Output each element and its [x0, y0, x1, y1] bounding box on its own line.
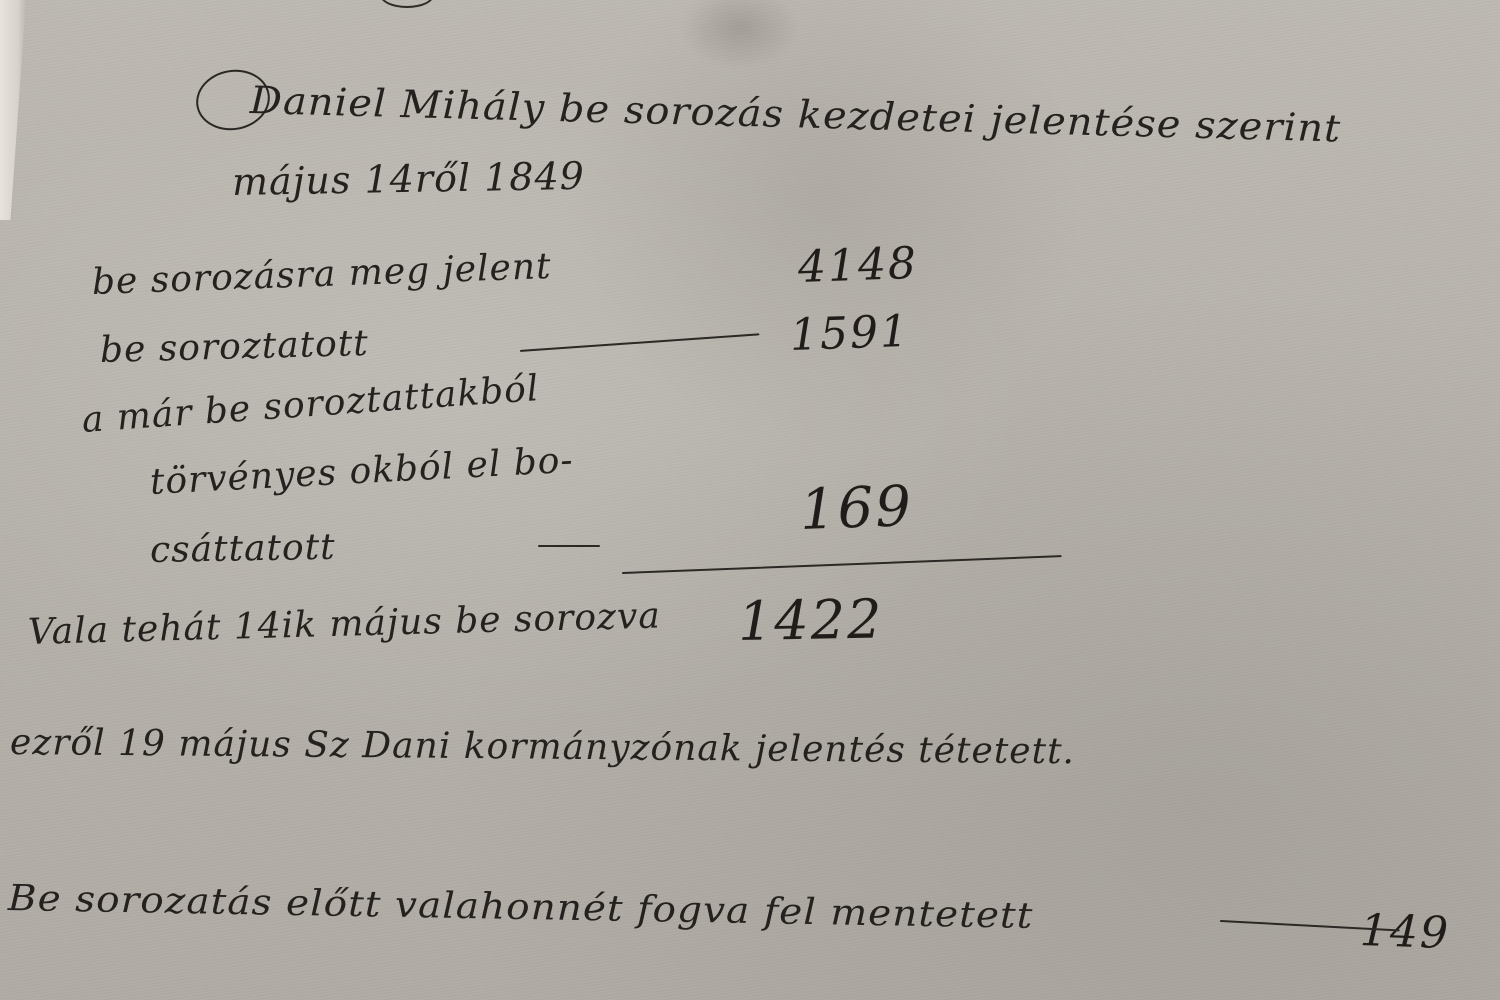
entry-label-recruited: be soroztatott	[99, 323, 369, 371]
entry-value-recruited: 1591	[789, 306, 911, 361]
entry-value-presented: 4148	[797, 238, 919, 293]
dash-line	[538, 545, 600, 547]
summary-value: 1422	[737, 587, 884, 653]
header-line-2: május 14ről 1849	[232, 154, 586, 204]
paper-stain	[680, 0, 800, 70]
exemption-value: 149	[1359, 905, 1451, 959]
entry-label-released-line-3: csáttatott	[150, 527, 336, 571]
paper-background	[0, 0, 1500, 1000]
entry-value-released: 169	[799, 474, 914, 543]
